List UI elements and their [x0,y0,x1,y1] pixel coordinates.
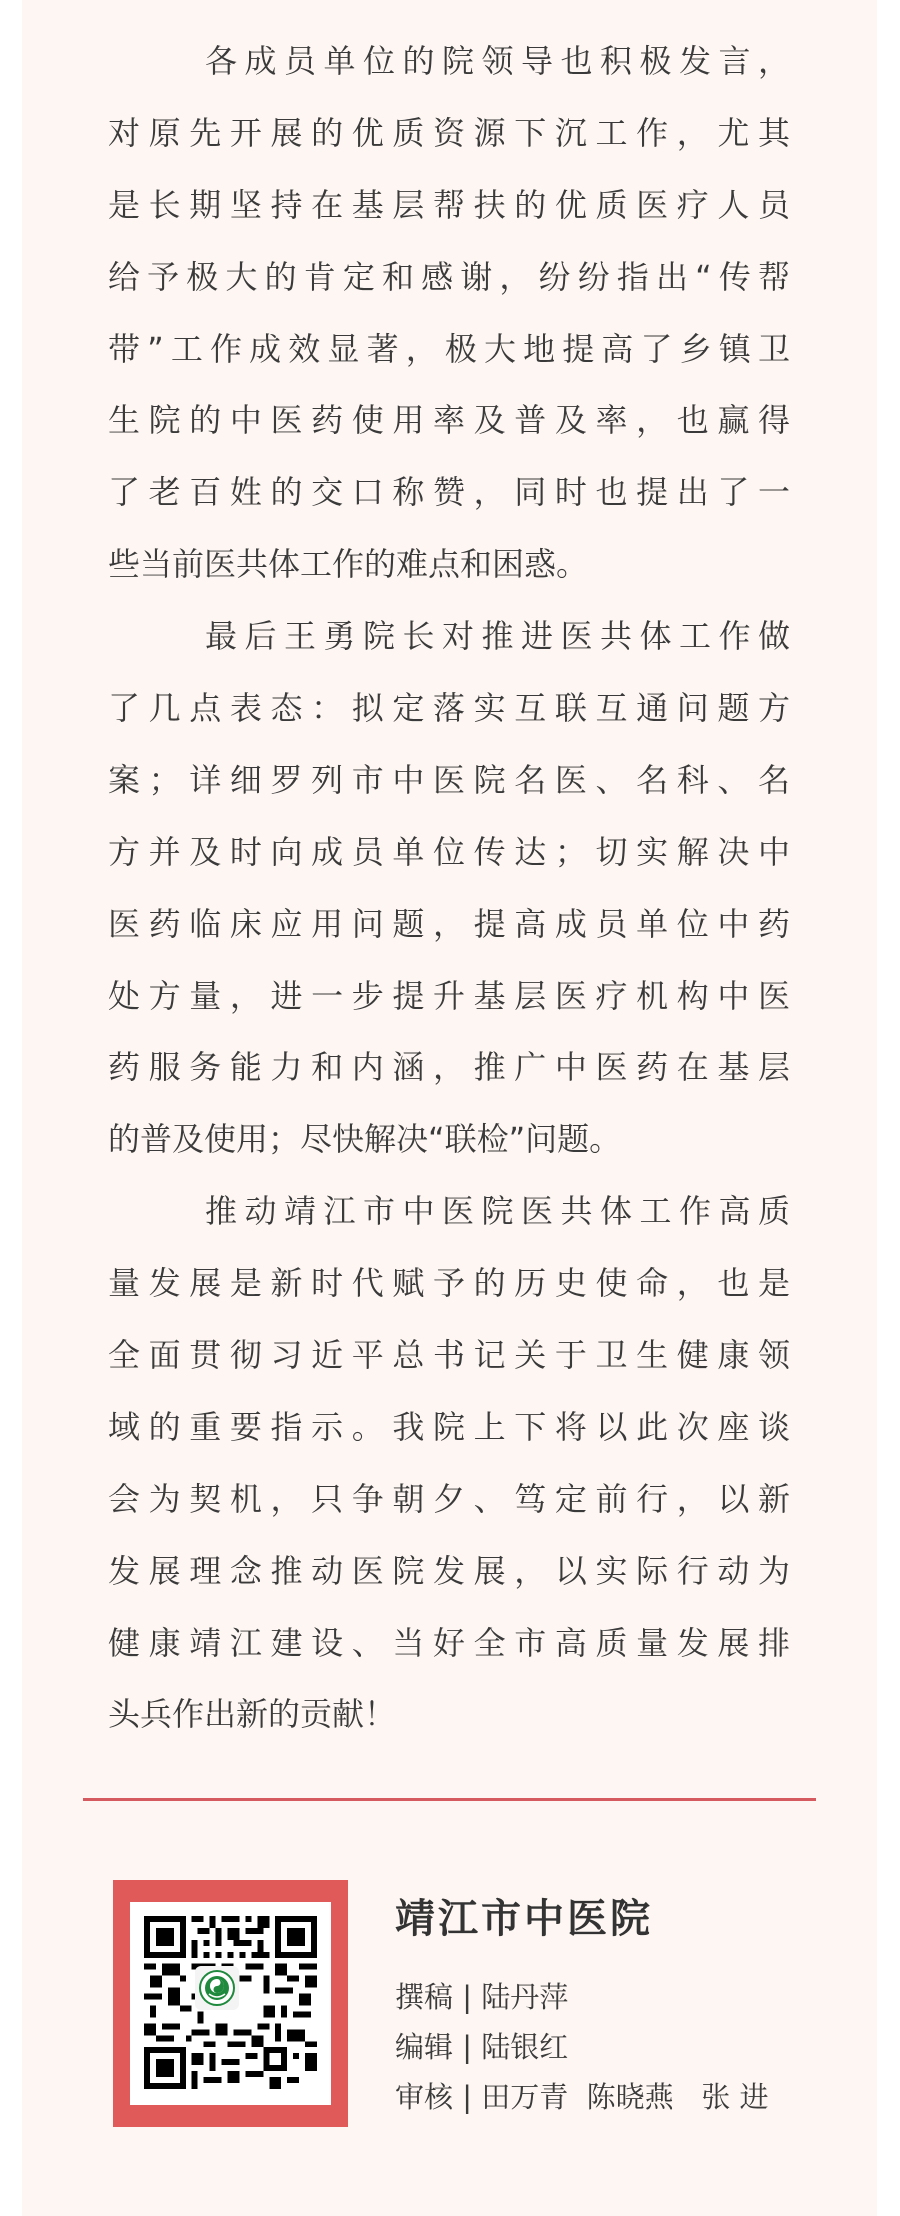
text-line: 些当前医共体工作的难点和困惑。 [108,529,790,601]
section-divider [83,1798,816,1801]
footer-info: 靖江市中医院 撰稿 | 陆丹萍 编辑 | 陆银红 审核 | 田万青 陈晓燕 张 … [395,1890,835,2122]
text-line: 最后王勇院长对推进医共体工作做 [108,601,790,673]
credit-label: 编辑 [395,2030,453,2064]
credit-separator: | [462,1980,472,2014]
text-line: 的普及使用；尽快解决“联检”问题。 [108,1104,790,1176]
text-line: 方并及时向成员单位传达；切实解决中 [108,817,790,889]
qr-code-frame [113,1880,348,2127]
text-line: 头兵作出新的贡献！ [108,1679,790,1751]
credit-label: 撰稿 [395,1980,453,2014]
article-body: 各成员单位的院领导也积极发言， 对原先开展的优质资源下沉工作，尤其 是长期坚持在… [108,26,790,1751]
text-line: 域的重要指示。我院上下将以此次座谈 [108,1392,790,1464]
text-line: 了老百姓的交口称赞，同时也提出了一 [108,457,790,529]
text-line: 会为契机，只争朝夕、笃定前行，以新 [108,1464,790,1536]
text-line: 医药临床应用问题，提高成员单位中药 [108,889,790,961]
credit-label: 审核 [395,2080,453,2114]
credit-separator: | [462,2030,472,2064]
text-line: 健康靖江建设、当好全市高质量发展排 [108,1608,790,1680]
text-line: 案；详细罗列市中医院名医、名科、名 [108,745,790,817]
paragraph-1: 各成员单位的院领导也积极发言， 对原先开展的优质资源下沉工作，尤其 是长期坚持在… [108,26,790,601]
text-line: 量发展是新时代赋予的历史使命，也是 [108,1248,790,1320]
text-line: 各成员单位的院领导也积极发言， [108,26,790,98]
text-line: 是长期坚持在基层帮扶的优质医疗人员 [108,170,790,242]
text-line: 给予极大的肯定和感谢，纷纷指出“传帮 [108,242,790,314]
credit-separator: | [462,2080,472,2114]
organization-name: 靖江市中医院 [395,1890,835,1948]
text-line: 带”工作成效显著，极大地提高了乡镇卫 [108,314,790,386]
text-line: 对原先开展的优质资源下沉工作，尤其 [108,98,790,170]
qr-code-card [130,1902,331,2105]
text-line: 推动靖江市中医院医共体工作高质 [108,1176,790,1248]
credits-list: 撰稿 | 陆丹萍 编辑 | 陆银红 审核 | 田万青 陈晓燕 张 进 [395,1972,835,2122]
text-line: 了几点表态：拟定落实互联互通问题方 [108,673,790,745]
credit-writer: 撰稿 | 陆丹萍 [395,1972,835,2022]
paragraph-2: 最后王勇院长对推进医共体工作做 了几点表态：拟定落实互联互通问题方 案；详细罗列… [108,601,790,1176]
text-line: 生院的中医药使用率及普及率，也赢得 [108,385,790,457]
credit-names: 陆银红 [481,2030,568,2064]
credit-reviewer: 审核 | 田万青 陈晓燕 张 进 [395,2072,835,2122]
text-line: 药服务能力和内涵，推广中医药在基层 [108,1032,790,1104]
text-line: 全面贯彻习近平总书记关于卫生健康领 [108,1320,790,1392]
credit-names: 陆丹萍 [481,1980,568,2014]
text-line: 处方量，进一步提升基层医疗机构中医 [108,961,790,1033]
credit-names: 田万青 陈晓燕 张 进 [481,2080,768,2114]
paragraph-3: 推动靖江市中医院医共体工作高质 量发展是新时代赋予的历史使命，也是 全面贯彻习近… [108,1176,790,1751]
hospital-logo-icon [195,1966,239,2010]
text-line: 发展理念推动医院发展，以实际行动为 [108,1536,790,1608]
credit-editor: 编辑 | 陆银红 [395,2022,835,2072]
